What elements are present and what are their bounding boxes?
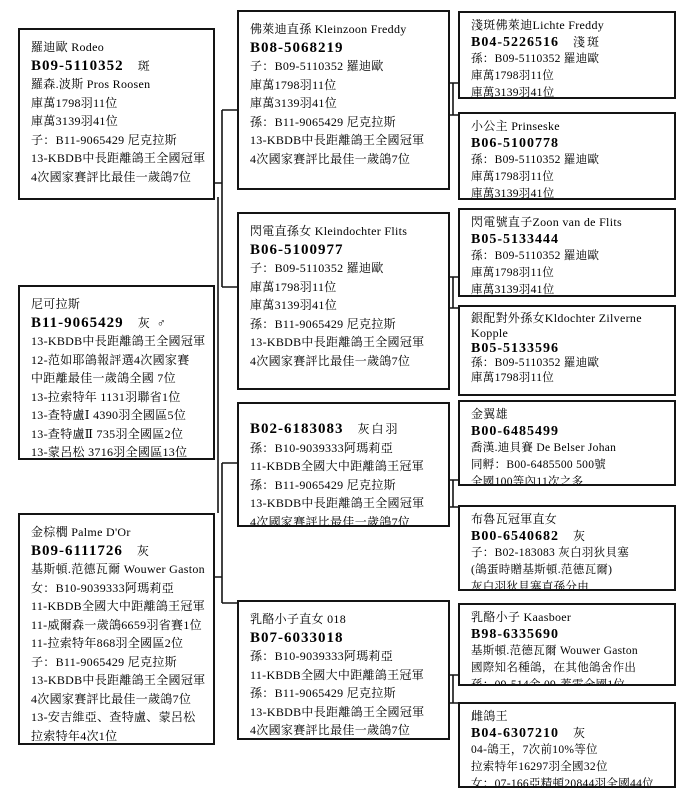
achievement-line: 孫：B09-5110352 羅迪歐: [471, 356, 668, 371]
achievement-line: 12-范如耶鴿報評選4次國家賽: [31, 351, 207, 370]
ring-number: B06-5100977: [250, 241, 442, 260]
achievement-line: 11-KBDB全國大中距離鴿王冠軍: [250, 666, 442, 685]
pedigree-box-M1: 佛萊迪直孫 Kleinzoon FreddyB08-5068219子：B09-5…: [237, 10, 450, 190]
achievement-line: 庫萬1798羽11位: [31, 94, 207, 113]
ring-note: 斑: [138, 59, 152, 73]
achievement-line: 子：B02-183083 灰白羽狄貝塞: [471, 545, 668, 562]
pedigree-box-L3: 金棕櫚 Palme D'OrB09-6111726灰基斯頓.范德瓦爾 Wouwe…: [18, 513, 215, 745]
achievement-line: 子：B11-9065429 尼克拉斯: [31, 653, 207, 672]
pedigree-box-M4: 乳酪小子直女 018B07-6033018孫：B10-9039333阿瑪莉亞11…: [237, 600, 450, 740]
pigeon-title: 乳酪小子直女 018: [250, 610, 442, 629]
ring-number-text: B11-9065429: [31, 315, 124, 331]
achievement-line: 女：07-166亞精頓20844羽全國44位: [471, 776, 668, 788]
ring-note: 灰: [573, 529, 587, 543]
achievement-line: 孫：B11-9065429 尼克拉斯: [250, 684, 442, 703]
achievement-line: 庫萬3139羽41位: [471, 186, 668, 200]
ring-number: B00-6485499: [471, 423, 668, 440]
pigeon-title: 布魯瓦冠軍直女: [471, 511, 668, 528]
pigeon-title: 閃電直孫女 Kleindochter Flits: [250, 222, 442, 241]
achievement-line: 04-鴿王，7次前10%等位: [471, 742, 668, 759]
ring-number-text: B05-5133596: [471, 341, 559, 356]
achievement-line: 4次國家賽評比最佳一歲鴿7位: [31, 690, 207, 709]
ring-number: B04-6307210灰: [471, 725, 668, 742]
ring-number: B02-6183083灰白羽: [250, 420, 442, 439]
achievement-line: 13-查特盧Ⅱ 735羽全國區2位: [31, 425, 207, 444]
achievement-line: 13-KBDB中長距離鴿王全國冠軍: [31, 671, 207, 690]
achievement-line: 庫萬3139羽41位: [250, 296, 442, 315]
ring-number-text: B09-6111726: [31, 543, 123, 559]
ring-note: 灰: [137, 544, 151, 558]
achievement-line: 基斯頓.范德瓦爾 Wouwer Gaston: [471, 643, 668, 660]
achievement-line: 13-KBDB中長距離鴿王全國冠軍: [250, 703, 442, 722]
ring-number-text: B04-6307210: [471, 726, 559, 741]
achievement-line: 庫萬1798羽11位: [471, 68, 668, 85]
achievement-line: 孫：B09-5110352 羅迪歐: [471, 152, 668, 169]
achievement-line: 4次國家賽評比最佳一歲鴿7位: [31, 168, 207, 187]
ring-number-text: B00-6540682: [471, 529, 559, 544]
achievement-line: 11-KBDB全國大中距離鴿王冠軍: [250, 457, 442, 476]
ring-number-text: B00-6485499: [471, 424, 559, 439]
ring-note: 灰: [573, 726, 587, 740]
ring-number-text: B98-6335690: [471, 627, 559, 642]
ring-number: B98-6335690: [471, 626, 668, 643]
pedigree-box-M2: 閃電直孫女 Kleindochter FlitsB06-5100977子：B09…: [237, 212, 450, 390]
achievement-line: 4次國家賽評比最佳一歲鴿7位: [250, 721, 442, 740]
achievement-line: 庫萬1798羽11位: [471, 371, 668, 386]
achievement-line: (鴿蛋時贈基斯頓.范德瓦爾): [471, 562, 668, 579]
achievement-line: 孫：B11-9065429 尼克拉斯: [250, 315, 442, 334]
pedigree-box-R3: 閃電號直子Zoon van de FlitsB05-5133444孫：B09-5…: [458, 208, 676, 297]
ring-number-text: B06-5100778: [471, 136, 559, 151]
achievement-line: 11-威爾森一歲鴿6659羽省賽1位: [31, 616, 207, 635]
pedigree-box-R7: 乳酪小子 KaasboerB98-6335690基斯頓.范德瓦爾 Wouwer …: [458, 603, 676, 686]
achievement-line: 灰白羽狄貝塞直孫分由: [471, 579, 668, 591]
achievement-line: 孫：B10-9039333阿瑪莉亞: [250, 647, 442, 666]
achievement-line: 11-拉索特年868羽全國區2位: [31, 634, 207, 653]
achievement-line: 庫萬3139羽41位: [250, 94, 442, 113]
achievement-line: 基斯頓.范德瓦爾 Wouwer Gaston: [31, 560, 207, 579]
pigeon-title: 乳酪小子 Kaasboer: [471, 609, 668, 626]
pigeon-title: 閃電號直子Zoon van de Flits: [471, 214, 668, 231]
achievement-line: 13-拉索特年 1131羽聯省1位: [31, 388, 207, 407]
ring-number: B05-5133596: [471, 341, 668, 356]
achievement-line: 國際知名種鴿，在其他鴿舍作出: [471, 660, 668, 677]
achievement-line: 孫：B11-9065429 尼克拉斯: [250, 476, 442, 495]
ring-note: 灰白羽: [358, 422, 400, 436]
achievement-line: 孫：B09-5110352 羅迪歐: [471, 51, 668, 68]
achievement-line: 庫萬1798羽11位: [471, 265, 668, 282]
achievement-line: 拉索特年4次1位: [31, 727, 207, 746]
pigeon-title: 銀配對外孫女Kldochter Zilverne Kopple: [471, 311, 668, 341]
achievement-line: 13-KBDB中長距離鴿王全國冠軍: [31, 149, 207, 168]
ring-number-text: B02-6183083: [250, 421, 344, 437]
pigeon-title: 羅迪歐 Rodeo: [31, 38, 207, 57]
achievement-line: 4次國家賽評比最佳一歲鴿7位: [250, 513, 442, 528]
achievement-line: 4次國家賽評比最佳一歲鴿7位: [250, 352, 442, 371]
pedigree-box-R6: 布魯瓦冠軍直女B00-6540682灰子：B02-183083 灰白羽狄貝塞(鴿…: [458, 505, 676, 591]
pedigree-box-L2: 尼可拉斯B11-9065429灰 ♂13-KBDB中長距離鴿王全國冠軍12-范如…: [18, 285, 215, 460]
ring-number: B09-6111726灰: [31, 542, 207, 561]
achievement-line: 孫：09-514金 09-蓋雷全國1位: [471, 677, 668, 686]
achievement-line: 喬漢.迪貝賽 De Belser Johan: [471, 440, 668, 457]
pigeon-title: 雌鴿王: [471, 708, 668, 725]
ring-number-text: B08-5068219: [250, 40, 344, 56]
achievement-line: 11-KBDB全國大中距離鴿王冠軍: [31, 597, 207, 616]
ring-note: 灰 ♂: [138, 316, 168, 330]
achievement-line: 孫：B11-9065429 尼克拉斯: [250, 113, 442, 132]
ring-number-text: B04-5226516: [471, 35, 559, 50]
achievement-line: 庫萬3139羽41位: [31, 112, 207, 131]
achievement-line: 子：B09-5110352 羅迪歐: [250, 259, 442, 278]
ring-number: B07-6033018: [250, 629, 442, 648]
pigeon-title: 金翼雄: [471, 406, 668, 423]
achievement-line: 羅森.波斯 Pros Roosen: [31, 75, 207, 94]
ring-number: B09-5110352斑: [31, 57, 207, 76]
achievement-line: 13-KBDB中長距離鴿王全國冠軍: [250, 131, 442, 150]
ring-number-text: B07-6033018: [250, 630, 344, 646]
achievement-line: 13-KBDB中長距離鴿王全國冠軍: [31, 332, 207, 351]
ring-number-text: B09-5110352: [31, 58, 124, 74]
ring-number-text: B05-5133444: [471, 232, 559, 247]
achievement-line: 中距離最佳一歲鴿全國 7位: [31, 369, 207, 388]
ring-number: B00-6540682灰: [471, 528, 668, 545]
pigeon-title: 小公主 Prinseske: [471, 118, 668, 135]
pedigree-box-M3: B02-6183083灰白羽孫：B10-9039333阿瑪莉亞11-KBDB全國…: [237, 402, 450, 527]
ring-number: B05-5133444: [471, 231, 668, 248]
achievement-line: 子：B11-9065429 尼克拉斯: [31, 131, 207, 150]
pedigree-box-R8: 雌鴿王B04-6307210灰04-鴿王，7次前10%等位拉索特年16297羽全…: [458, 702, 676, 788]
pedigree-box-L1: 羅迪歐 RodeoB09-5110352斑羅森.波斯 Pros Roosen庫萬…: [18, 28, 215, 200]
achievement-line: 孫：B09-5110352 羅迪歐: [471, 248, 668, 265]
achievement-line: 13-KBDB中長距離鴿王全國冠軍: [250, 333, 442, 352]
ring-number: B06-5100778: [471, 135, 668, 152]
achievement-line: 孫：B10-9039333阿瑪莉亞: [250, 439, 442, 458]
pedigree-chart: 羅迪歐 RodeoB09-5110352斑羅森.波斯 Pros Roosen庫萬…: [0, 0, 679, 796]
achievement-line: 13-KBDB中長距離鴿王全國冠軍: [250, 494, 442, 513]
achievement-line: 拉索特年16297羽全國32位: [471, 759, 668, 776]
pedigree-box-R4: 銀配對外孫女Kldochter Zilverne KoppleB05-51335…: [458, 305, 676, 396]
achievement-line: 子：B09-5110352 羅迪歐: [250, 57, 442, 76]
achievement-line: 庫萬3139羽41位: [471, 85, 668, 99]
achievement-line: 庫萬1798羽11位: [250, 278, 442, 297]
pedigree-box-R5: 金翼雄B00-6485499喬漢.迪貝賽 De Belser Johan同孵：B…: [458, 400, 676, 486]
achievement-line: 13-查特盧Ⅰ 4390羽全國區5位: [31, 406, 207, 425]
pedigree-box-R2: 小公主 PrinseskeB06-5100778孫：B09-5110352 羅迪…: [458, 112, 676, 200]
ring-note: 淺斑: [573, 35, 601, 49]
achievement-line: 4次國家賽評比最佳一歲鴿7位: [250, 150, 442, 169]
ring-number: B04-5226516淺斑: [471, 34, 668, 51]
achievement-line: 女：B10-9039333阿瑪莉亞: [31, 579, 207, 598]
achievement-line: 庫萬1798羽11位: [471, 169, 668, 186]
pigeon-title: 金棕櫚 Palme D'Or: [31, 523, 207, 542]
pedigree-box-R1: 淺斑佛萊迪Lichte FreddyB04-5226516淺斑孫：B09-511…: [458, 11, 676, 99]
achievement-line: 庫萬3139羽41位: [471, 282, 668, 297]
pigeon-title: 佛萊迪直孫 Kleinzoon Freddy: [250, 20, 442, 39]
pigeon-title: 淺斑佛萊迪Lichte Freddy: [471, 17, 668, 34]
achievement-line: 庫萬1798羽11位: [250, 76, 442, 95]
ring-number: B11-9065429灰 ♂: [31, 314, 207, 333]
pigeon-title: 尼可拉斯: [31, 295, 207, 314]
ring-number: B08-5068219: [250, 39, 442, 58]
ring-number-text: B06-5100977: [250, 242, 344, 258]
achievement-line: 全國100等內11次之多: [471, 474, 668, 486]
achievement-line: 同孵：B00-6485500 500號: [471, 457, 668, 474]
achievement-line: 13-蒙呂松 3716羽全國區13位: [31, 443, 207, 460]
achievement-line: 13-安吉維亞、查特盧、蒙呂松: [31, 708, 207, 727]
